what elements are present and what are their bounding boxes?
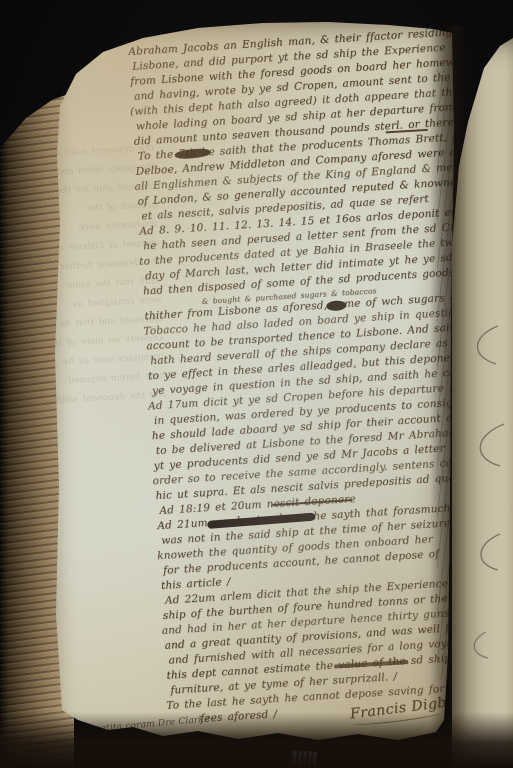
foreground-shadow xyxy=(0,712,513,768)
manuscript-page: the deponent saith that the goods laden … xyxy=(48,14,456,750)
manuscript-photo: the deponent saith that the goods laden … xyxy=(0,0,513,768)
manuscript-lines: Abraham Jacobs an English man, & their f… xyxy=(128,26,504,730)
pen-flourishes xyxy=(452,26,513,768)
facing-page: # xyxy=(452,26,513,768)
